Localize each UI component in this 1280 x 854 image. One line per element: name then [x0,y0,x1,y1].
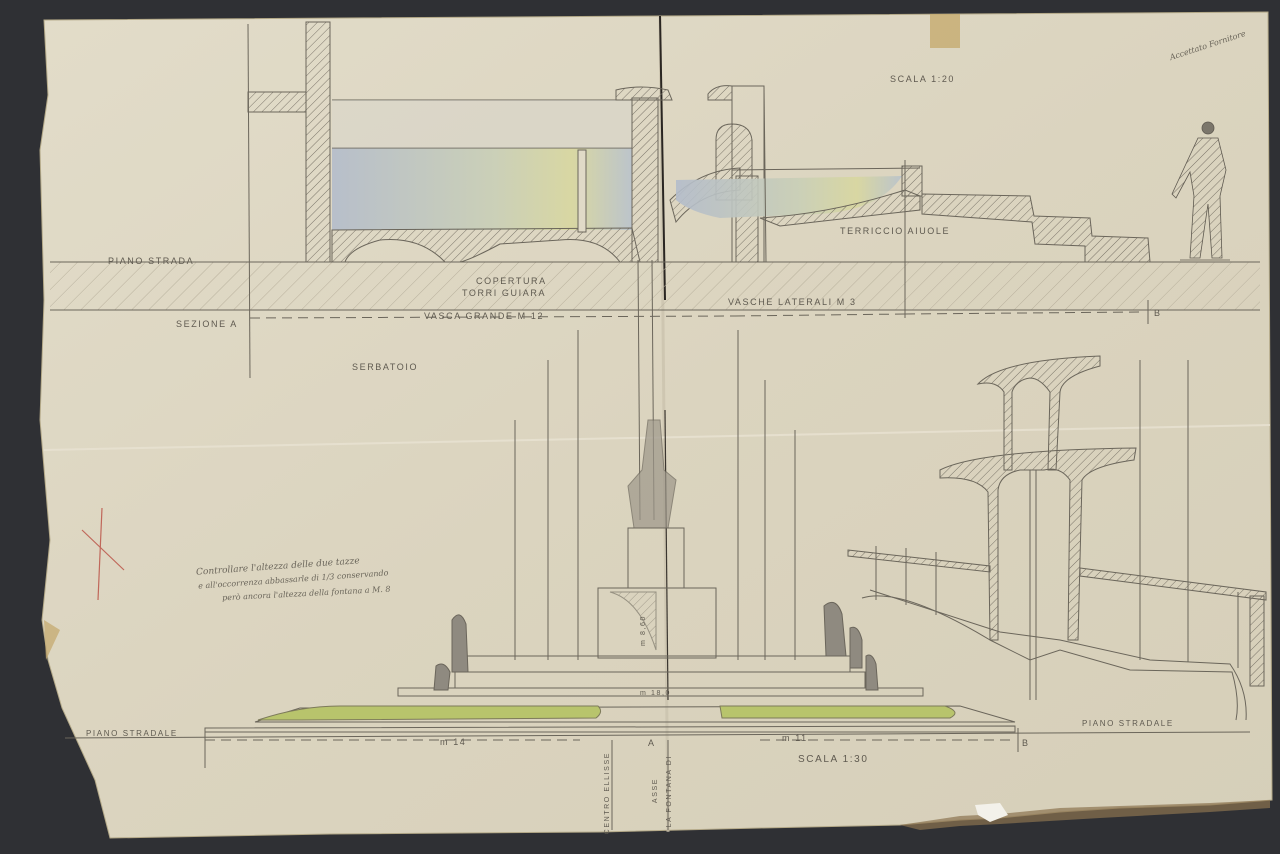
axis-mid-label-b: LA FONTANA DI [666,755,673,827]
tape-mark [930,14,960,48]
street-level-label-right: PIANO STRADALE [1082,719,1174,728]
dim-right-label: m 11 [782,733,808,743]
axis-mid-label-a: ASSE [652,778,659,803]
dim-basin-label: m 18,0 [640,690,671,697]
marker-b-bottom: B [1022,738,1030,748]
dim-left-label: m 14 [440,737,466,747]
soil-label: TERRICCIO AIUOLE [840,226,950,236]
marker-a-bottom: A [648,738,656,748]
dim-fountain-height-label: m 8,60 [640,615,647,646]
coverage-label: COPERTURA [476,276,547,286]
street-level-label-left: PIANO STRADALE [86,729,178,738]
street-level-label-top: PIANO STRADA [108,256,194,266]
end-marker-b-top: B [1154,308,1162,318]
side-basins-label: VASCHE LATERALI M 3 [728,297,857,307]
top-scale-label: SCALA 1:20 [890,74,955,84]
bottom-scale-label: SCALA 1:30 [798,754,868,765]
axis-left-label: CENTRO ELLISSE [604,752,611,834]
tower-guard-label: TORRI GUIARA [462,288,546,298]
main-basin-label: VASCA GRANDE M 12 [424,311,544,321]
reservoir-label: SERBATOIO [352,362,418,372]
section-marker-label: SEZIONE A [176,319,238,329]
